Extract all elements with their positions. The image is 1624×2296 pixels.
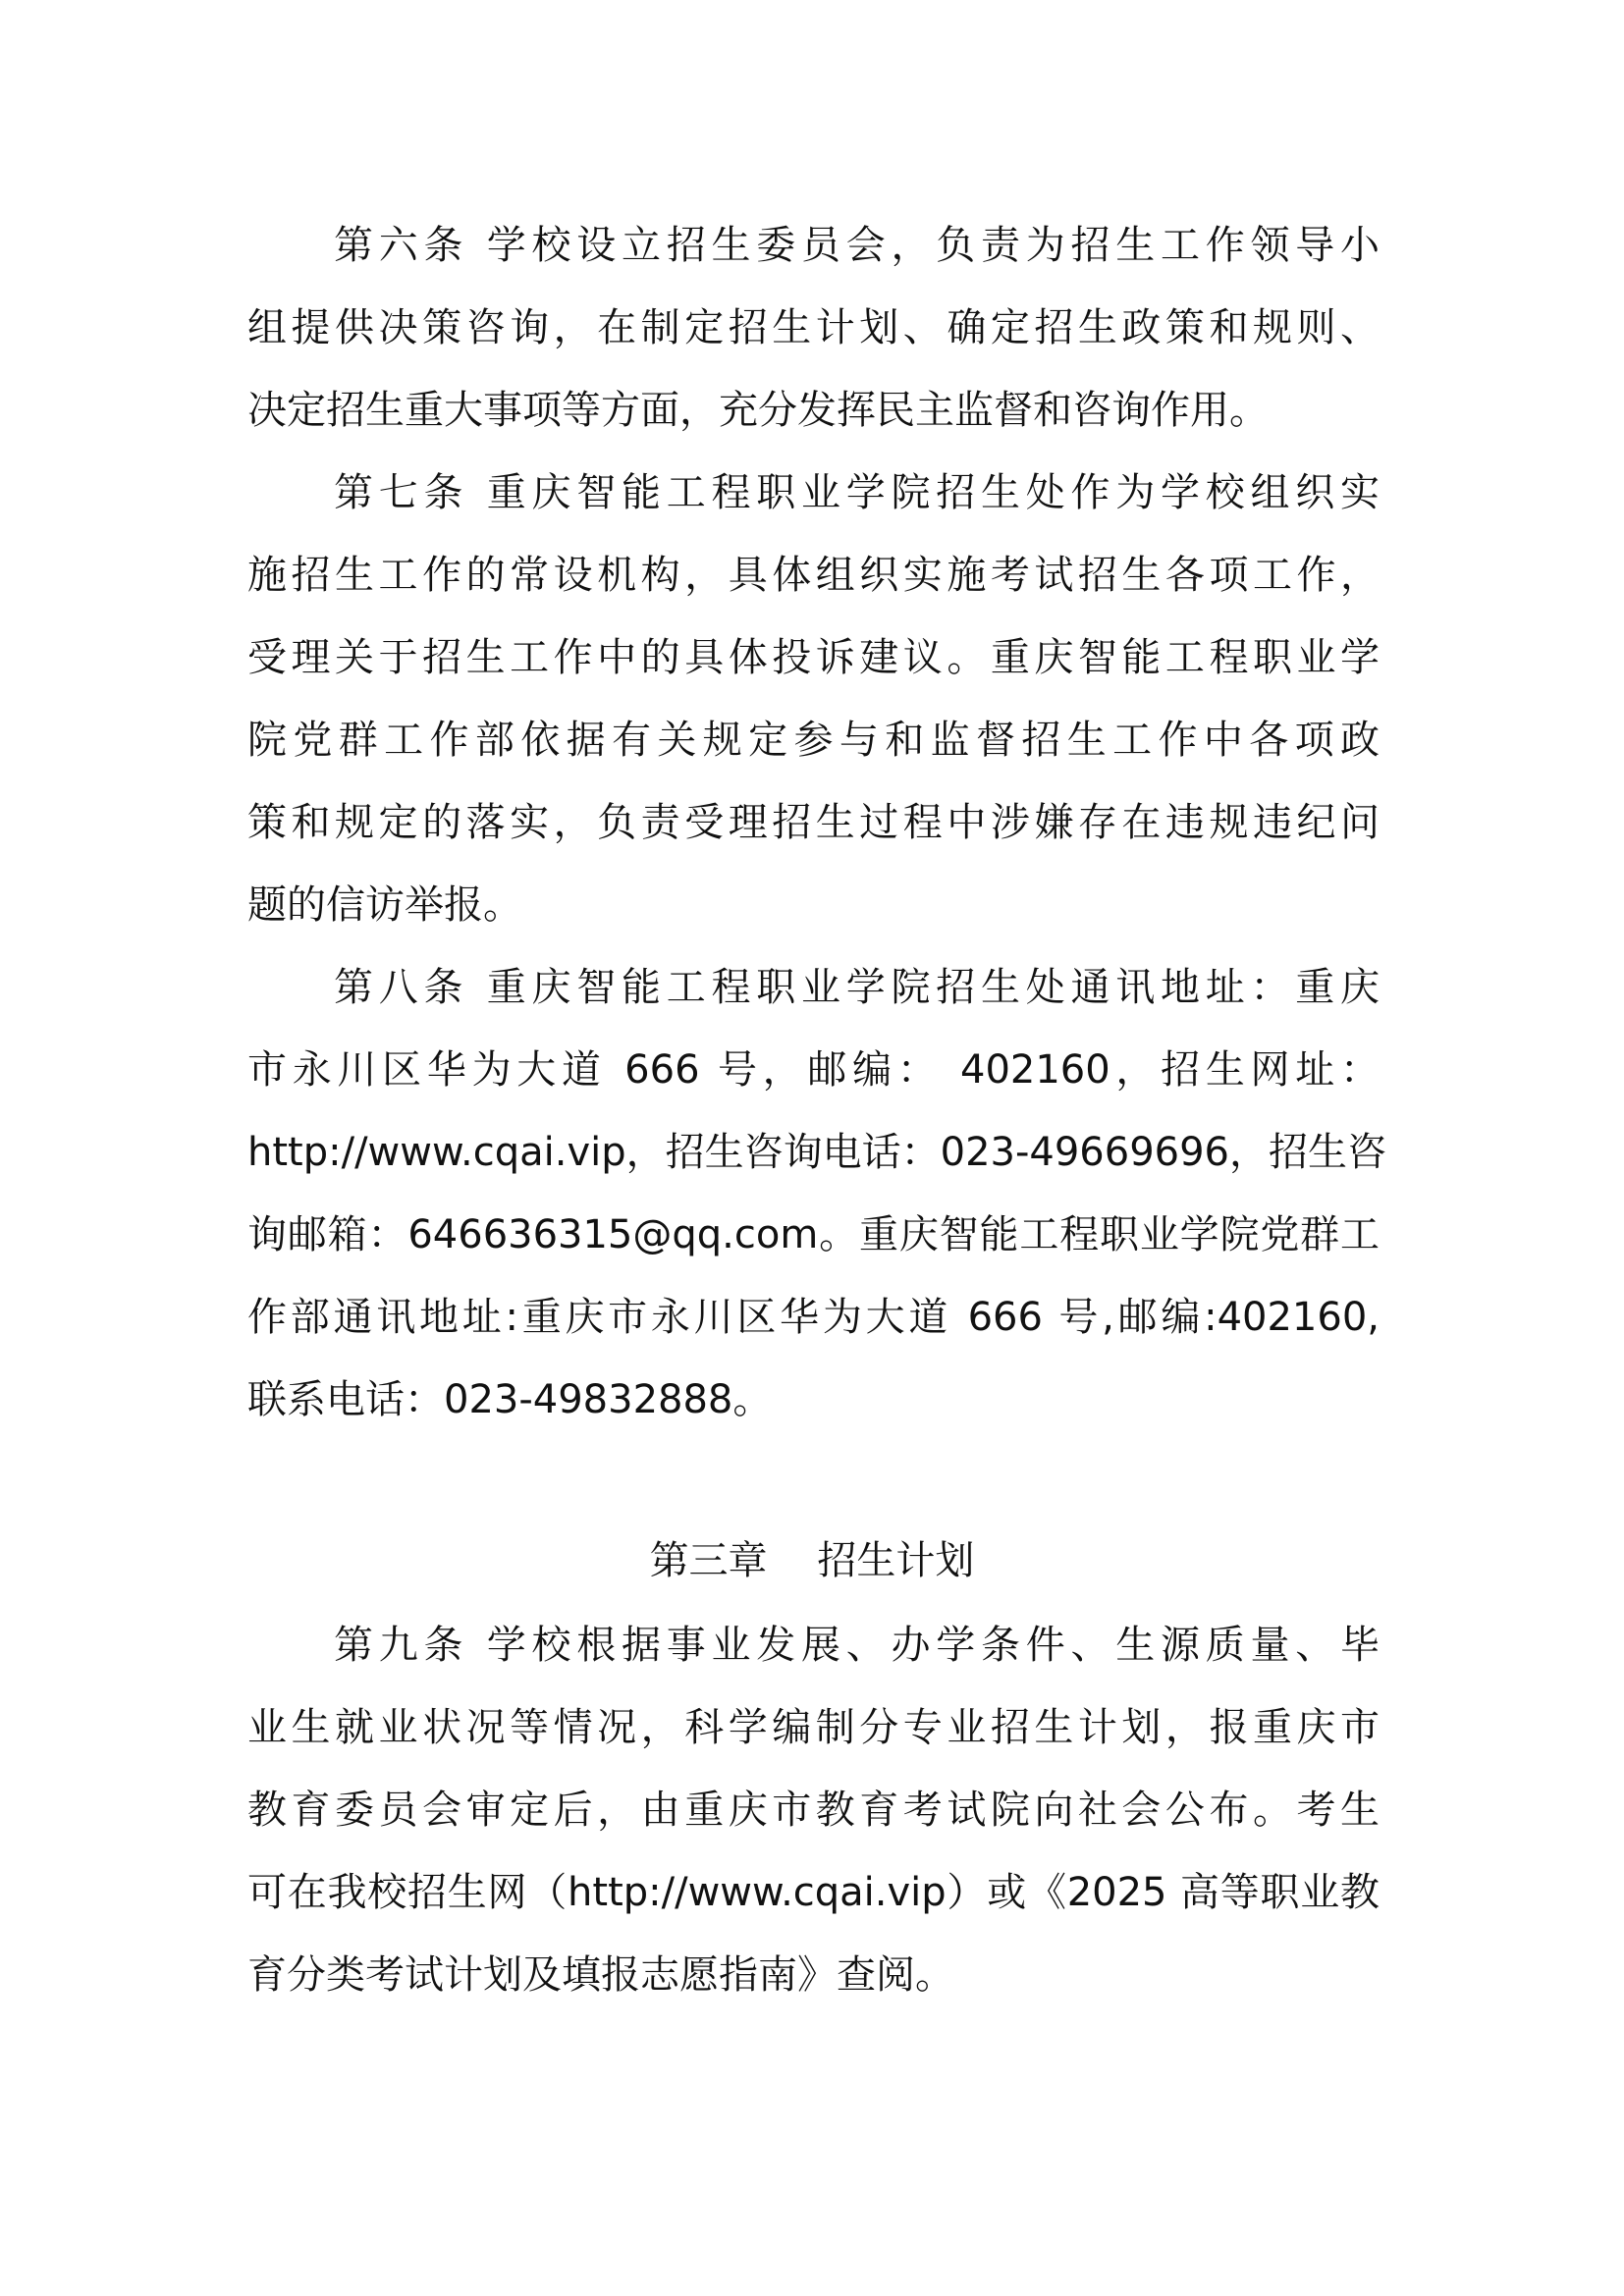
article-6-line-1: 第六条 学校设立招生委员会，负责为招生工作领导小 (334, 216, 1380, 275)
chapter-heading: 第三章 招生计划 (0, 1531, 1624, 1590)
article-7-line-4: 院党群工作部依据有关规定参与和监督招生工作中各项政 (247, 711, 1380, 770)
article-7-line-5: 策和规定的落实，负责受理招生过程中涉嫌存在违规违纪问 (247, 793, 1380, 852)
article-8-line-3: http://www.cqai.vip，招生咨询电话：023-49669696，… (247, 1123, 1380, 1182)
article-6-line-3: 决定招生重大事项等方面，充分发挥民主监督和咨询作用。 (247, 381, 1380, 440)
article-8-line-4: 询邮箱：646636315@qq.com。重庆智能工程职业学院党群工 (247, 1205, 1380, 1264)
article-9-line-4: 可在我校招生网（http://www.cqai.vip）或《2025 高等职业教 (247, 1863, 1380, 1922)
article-8-line-6: 联系电话：023-49832888。 (247, 1370, 1380, 1429)
article-9-line-3: 教育委员会审定后，由重庆市教育考试院向社会公布。考生 (247, 1781, 1380, 1840)
document-page: 第六条 学校设立招生委员会，负责为招生工作领导小 组提供决策咨询，在制定招生计划… (0, 0, 1624, 2296)
article-7-line-6: 题的信访举报。 (247, 876, 1380, 934)
article-8-line-1: 第八条 重庆智能工程职业学院招生处通讯地址：重庆 (334, 958, 1380, 1017)
article-8-line-5: 作部通讯地址:重庆市永川区华为大道 666 号,邮编:402160, (247, 1288, 1380, 1347)
article-9-line-5: 育分类考试计划及填报志愿指南》查阅。 (247, 1946, 1380, 2004)
article-6-line-2: 组提供决策咨询，在制定招生计划、确定招生政策和规则、 (247, 298, 1380, 357)
article-8-line-2: 市永川区华为大道 666 号，邮编： 402160，招生网址： (247, 1041, 1380, 1099)
article-9-line-2: 业生就业状况等情况，科学编制分专业招生计划，报重庆市 (247, 1698, 1380, 1757)
article-7-line-2: 施招生工作的常设机构，具体组织实施考试招生各项工作， (247, 546, 1380, 605)
article-7-line-1: 第七条 重庆智能工程职业学院招生处作为学校组织实 (334, 463, 1380, 522)
article-9-line-1: 第九条 学校根据事业发展、办学条件、生源质量、毕 (334, 1616, 1380, 1675)
article-7-line-3: 受理关于招生工作中的具体投诉建议。重庆智能工程职业学 (247, 628, 1380, 687)
